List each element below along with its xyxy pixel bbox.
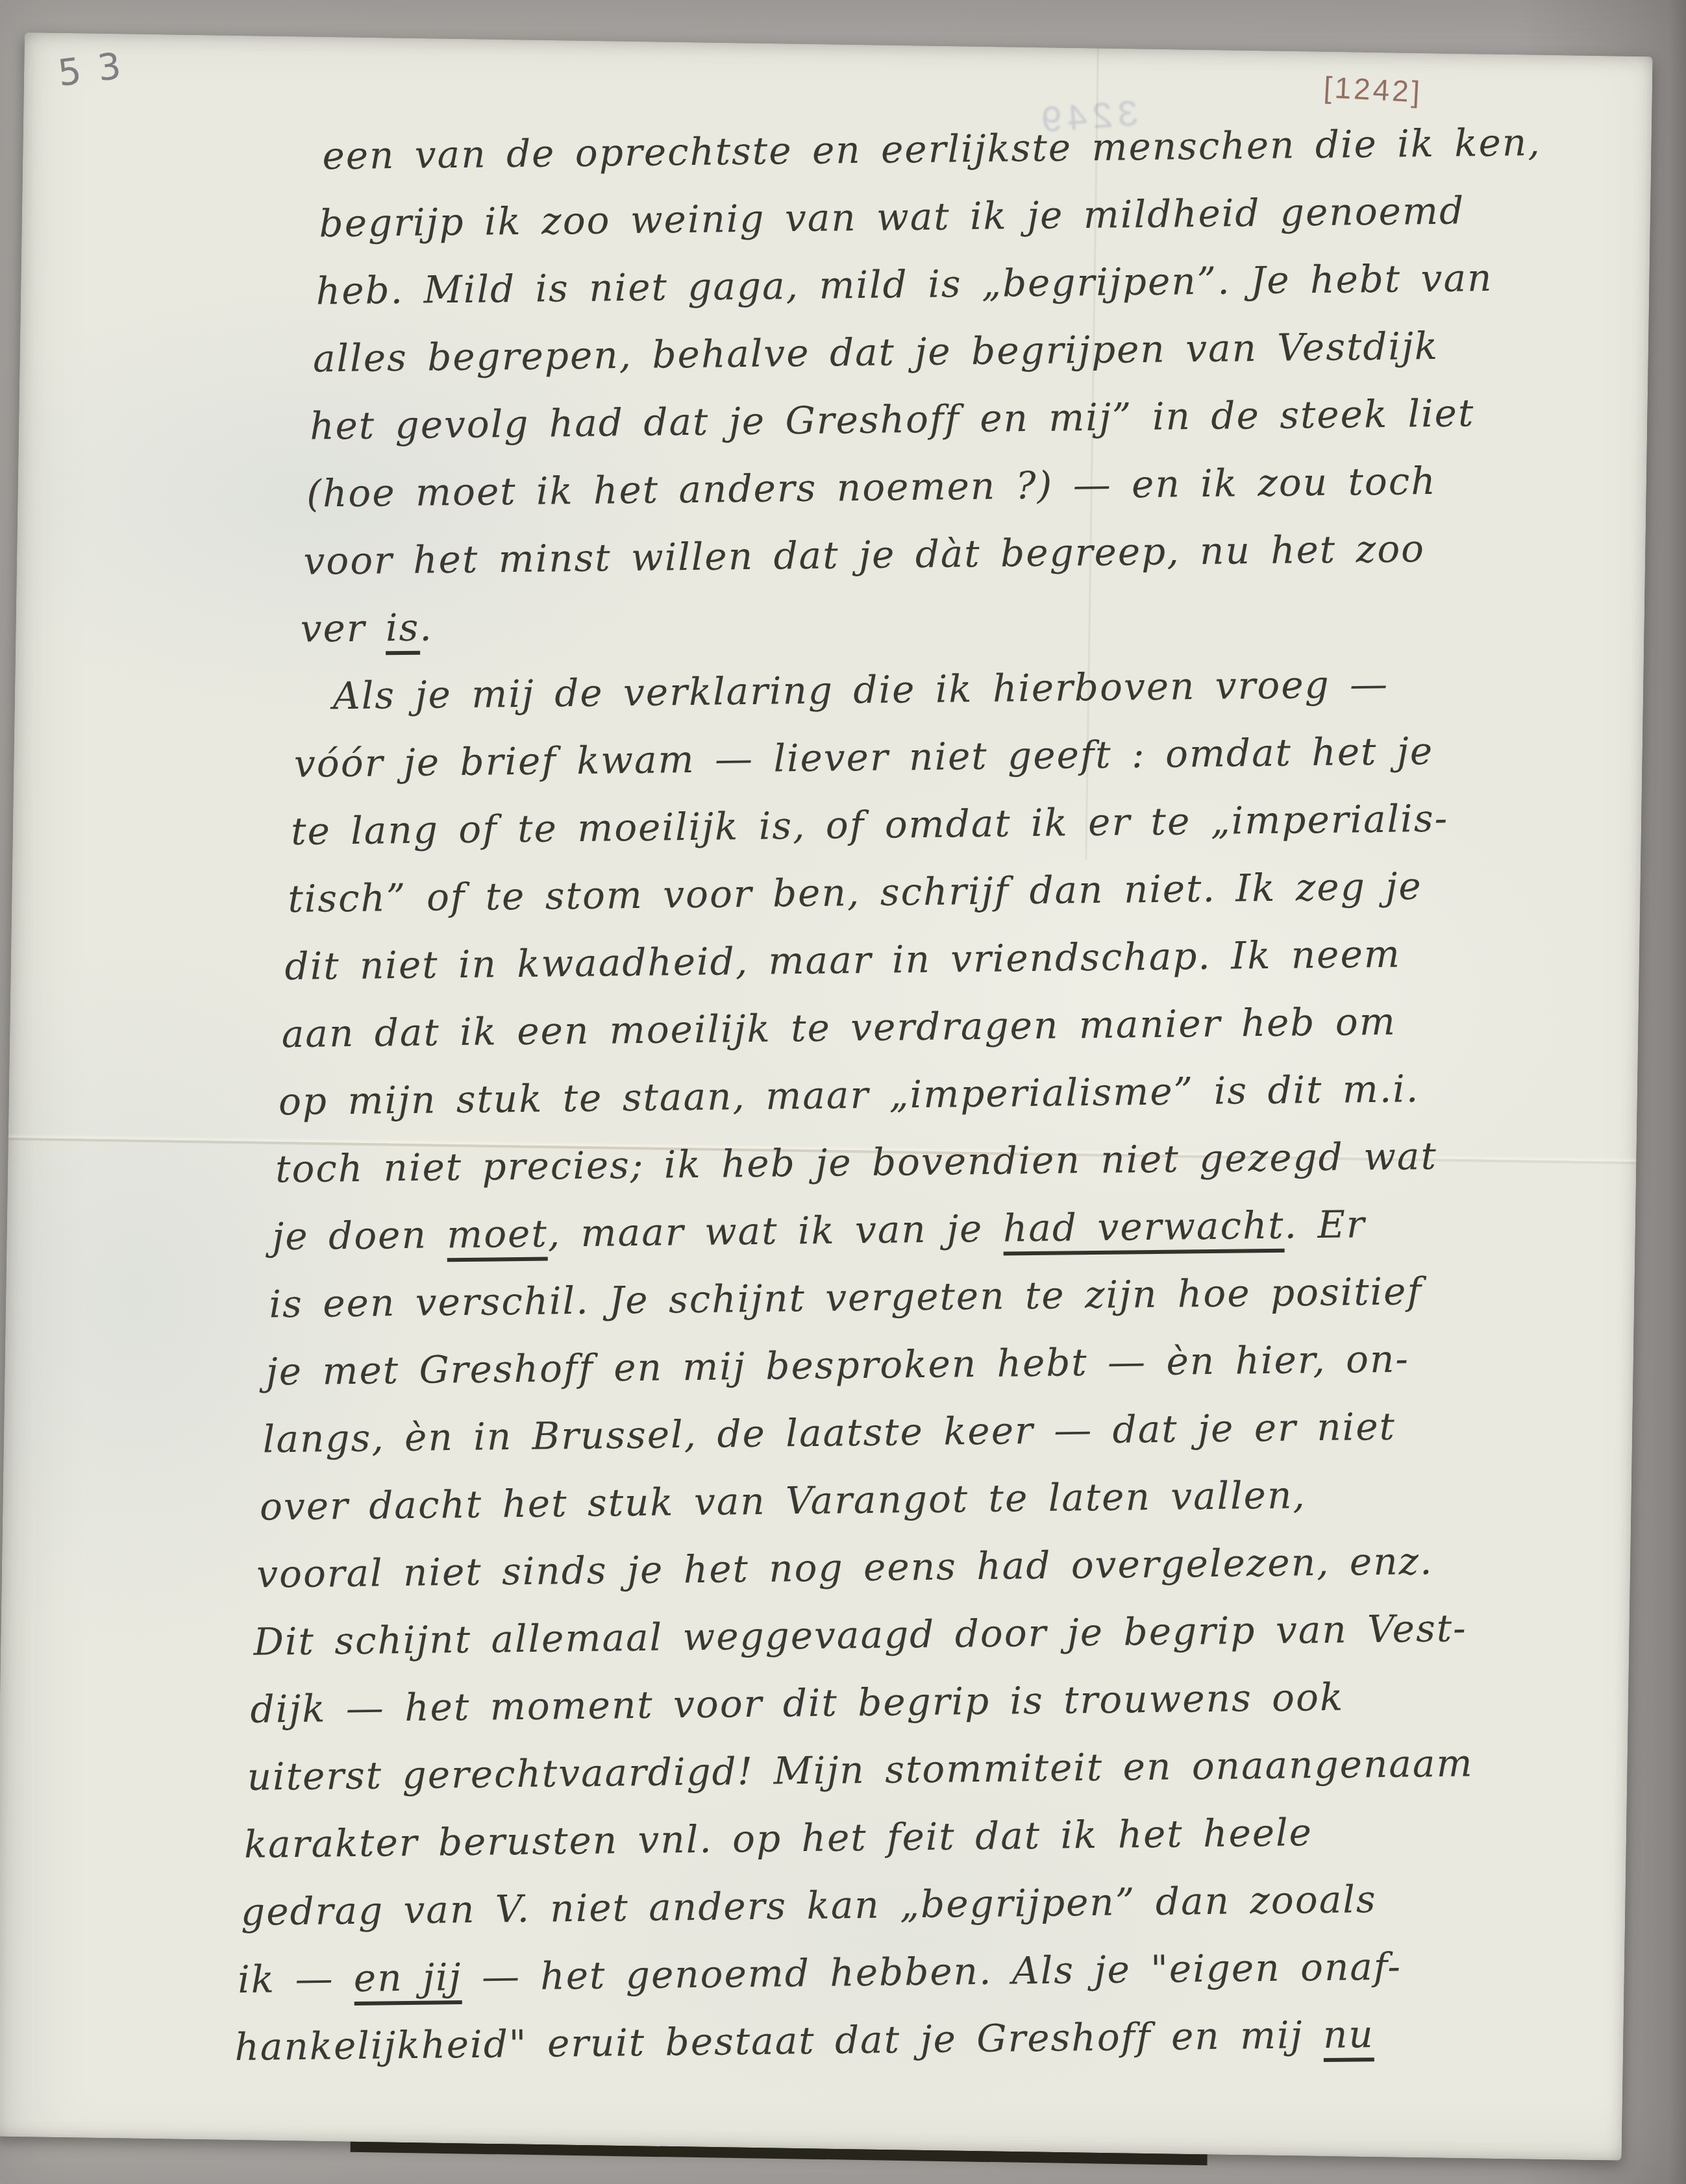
- letter-text: karakter berusten vnl. op het feit dat i…: [244, 1810, 1313, 1867]
- letter-text: aan dat ik een moeilijk te verdragen man…: [281, 1000, 1396, 1056]
- letter-text: Als je mij de verklaring die ik hierbove…: [333, 662, 1389, 718]
- letter-text: je doen: [272, 1212, 447, 1258]
- letter-text: toch niet precies; ik heb je bovendien n…: [275, 1134, 1437, 1191]
- underlined-text: nu: [1323, 2012, 1375, 2062]
- letter-text: op mijn stuk te staan, maar „imperialism…: [279, 1066, 1420, 1123]
- letter-text: een van de oprechtste en eerlijkste mens…: [322, 120, 1541, 178]
- letter-text: je met Greshoff en mij besproken hebt — …: [266, 1336, 1409, 1393]
- letter-text: dit niet in kwaadheid, maar in vriendsch…: [284, 932, 1401, 988]
- page-number: 53: [56, 43, 140, 95]
- letter-text: ver: [300, 606, 386, 650]
- letter-body: een van de oprechtste en eerlijkste mens…: [23, 107, 1653, 2083]
- letter-text: uiterst gerechtvaardigd! Mijn stommiteit…: [247, 1741, 1473, 1798]
- letter-text: is een verschil. Je schijnt vergeten te …: [269, 1269, 1422, 1326]
- letter-text: .: [419, 605, 433, 649]
- letter-text: vooral niet sinds je het nog eens had ov…: [256, 1539, 1433, 1597]
- letter-text: hankelijkheid" eruit bestaat dat je Gres…: [234, 2013, 1323, 2069]
- letter-text: vóór je brief kwam — liever niet geeft :…: [294, 729, 1434, 786]
- letter-text: het gevolg had dat je Greshoff en mij” i…: [310, 391, 1475, 448]
- catalog-number: [1242]: [1323, 69, 1423, 109]
- letter-text: (hoe moet ik het anders noemen ?) — en i…: [306, 459, 1437, 516]
- letter-text: — het genoemd hebben. Als je "eigen onaf…: [462, 1945, 1402, 1999]
- letter-text: . Er: [1284, 1202, 1366, 1247]
- letter-text: alles begrepen, behalve dat je begrijpen…: [313, 324, 1439, 381]
- letter-text: , maar wat ik van je: [547, 1207, 1003, 1256]
- letter-text: tisch” of te stom voor ben, schrijf dan …: [288, 864, 1422, 921]
- letter-text: ik —: [238, 1956, 354, 2002]
- underlined-text: moet: [447, 1212, 548, 1262]
- scan-background: 53 [1242] 3249 een van de oprechtste en …: [0, 0, 1686, 2184]
- underlined-text: had verwacht: [1003, 1203, 1285, 1256]
- letter-text: voor het minst willen dat je dàt begreep…: [303, 526, 1425, 583]
- letter-text: Dit schijnt allemaal weggevaagd door je …: [253, 1606, 1467, 1663]
- underlined-text: is: [386, 606, 420, 656]
- letter-text: langs, èn in Brussel, de laatste keer — …: [262, 1405, 1396, 1462]
- letter-text: begrijp ik zoo weinig van wat ik je mild…: [319, 188, 1465, 245]
- letter-text: over dacht het stuk van Varangot te late…: [260, 1473, 1306, 1528]
- underlined-text: en jij: [353, 1955, 462, 2006]
- letter-text: te lang of te moeilijk is, of omdat ik e…: [291, 796, 1449, 853]
- letter-text: heb. Mild is niet gaga, mild is „begrijp…: [316, 256, 1493, 313]
- letter-page: 53 [1242] 3249 een van de oprechtste en …: [0, 32, 1653, 2161]
- letter-text: dijk — het moment voor dit begrip is tro…: [250, 1675, 1344, 1732]
- letter-text: gedrag van V. niet anders kan „begrijpen…: [241, 1877, 1377, 1934]
